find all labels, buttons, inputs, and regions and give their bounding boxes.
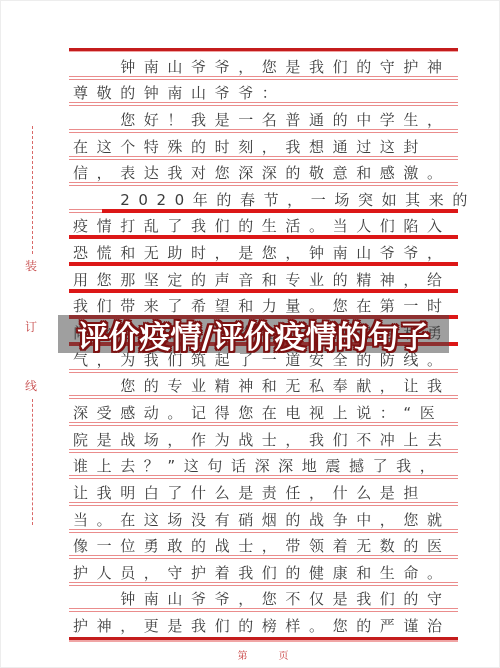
page-footer: 第 页	[69, 647, 458, 662]
row-text: 用您那坚定的声音和专业的精神，给	[73, 272, 451, 289]
row-text: 疫情打乱了我们的生活。当人们陷入	[73, 218, 451, 235]
text-row: 尊敬的钟南山爷爷：	[69, 78, 458, 105]
row-text: 尊敬的钟南山爷爷：	[73, 85, 285, 102]
text-row: 2020年的春节，一场突如其来的	[69, 184, 458, 211]
emphasis-underline	[69, 235, 458, 239]
text-row: 护神，更是我们的榜样。您的严谨治	[69, 610, 458, 637]
row-text: 像一位勇敢的战士，带领着无数的医	[73, 538, 451, 555]
text-row: 护人员，守护着我们的健康和生命。	[69, 557, 458, 584]
row-text: 您好！我是一名普通的中学生，	[73, 112, 451, 129]
row-text: 院是战场，作为战士，我们不冲上去	[73, 432, 451, 449]
emphasis-underline	[69, 289, 458, 293]
row-text: 您的专业精神和无私奉献，让我	[73, 378, 451, 395]
text-row: 疫情打乱了我们的生活。当人们陷入	[69, 211, 458, 238]
bottom-heavy-rule	[69, 637, 458, 640]
text-row: 信，表达我对您深深的敬意和感激。	[69, 158, 458, 185]
text-row: 当。在这场没有硝烟的战争中，您就	[69, 504, 458, 531]
text-row: 深受感动。记得您在电视上说：“医	[69, 397, 458, 424]
text-row: 谁上去？”这句话深深地震撼了我，	[69, 451, 458, 478]
binding-char-xian: 线	[25, 379, 37, 393]
text-row: 用您那坚定的声音和专业的精神，给	[69, 264, 458, 291]
row-text: 当。在这场没有硝烟的战争中，您就	[73, 512, 451, 529]
footer-page-suffix: 页	[279, 647, 290, 662]
watermark-title-banner: 评价疫情/评价疫情的句子	[58, 315, 449, 353]
row-text: 深受感动。记得您在电视上说：“医	[73, 405, 443, 422]
text-row: 您好！我是一名普通的中学生，	[69, 104, 458, 131]
row-text: 信，表达我对您深深的敬意和感激。	[73, 165, 451, 182]
row-text: 护神，更是我们的榜样。您的严谨治	[73, 618, 451, 635]
binding-char-ding: 订	[25, 320, 37, 334]
binding-char-zhuang: 装	[25, 259, 37, 273]
row-text: 让我明白了什么是责任，什么是担	[73, 485, 427, 502]
row-text: 谁上去？”这句话深深地震撼了我，	[73, 458, 443, 475]
text-row: 钟南山爷爷，您是我们的守护神	[69, 51, 458, 78]
letter-page: 装 订 线 钟南山爷爷，您是我们的守护神尊敬的钟南山爷爷： 您好！我是一名普通的…	[0, 0, 500, 668]
text-row: 恐慌和无助时，是您，钟南山爷爷，	[69, 237, 458, 264]
row-text: 恐慌和无助时，是您，钟南山爷爷，	[73, 245, 451, 262]
footer-page-prefix: 第	[238, 647, 249, 662]
emphasis-underline	[69, 262, 458, 266]
text-row: 像一位勇敢的战士，带领着无数的医	[69, 531, 458, 558]
watermark-title-text: 评价疫情/评价疫情的句子	[77, 312, 429, 357]
binding-dashed-line	[32, 399, 33, 525]
row-text: 钟南山爷爷，您不仅是我们的守	[73, 591, 451, 608]
text-row: 在这个特殊的时刻，我想通过这封	[69, 131, 458, 158]
emphasis-underline	[102, 209, 458, 213]
row-text: 在这个特殊的时刻，我想通过这封	[73, 139, 427, 156]
row-text: 2020年的春节，一场突如其来的	[73, 192, 476, 209]
text-row: 院是战场，作为战士，我们不冲上去	[69, 424, 458, 451]
row-text: 护人员，守护着我们的健康和生命。	[73, 565, 451, 582]
text-row: 您的专业精神和无私奉献，让我	[69, 371, 458, 398]
text-row: 钟南山爷爷，您不仅是我们的守	[69, 584, 458, 611]
text-row: 让我明白了什么是责任，什么是担	[69, 477, 458, 504]
binding-dashed-line	[32, 126, 33, 254]
row-text: 钟南山爷爷，您是我们的守护神	[73, 59, 451, 76]
